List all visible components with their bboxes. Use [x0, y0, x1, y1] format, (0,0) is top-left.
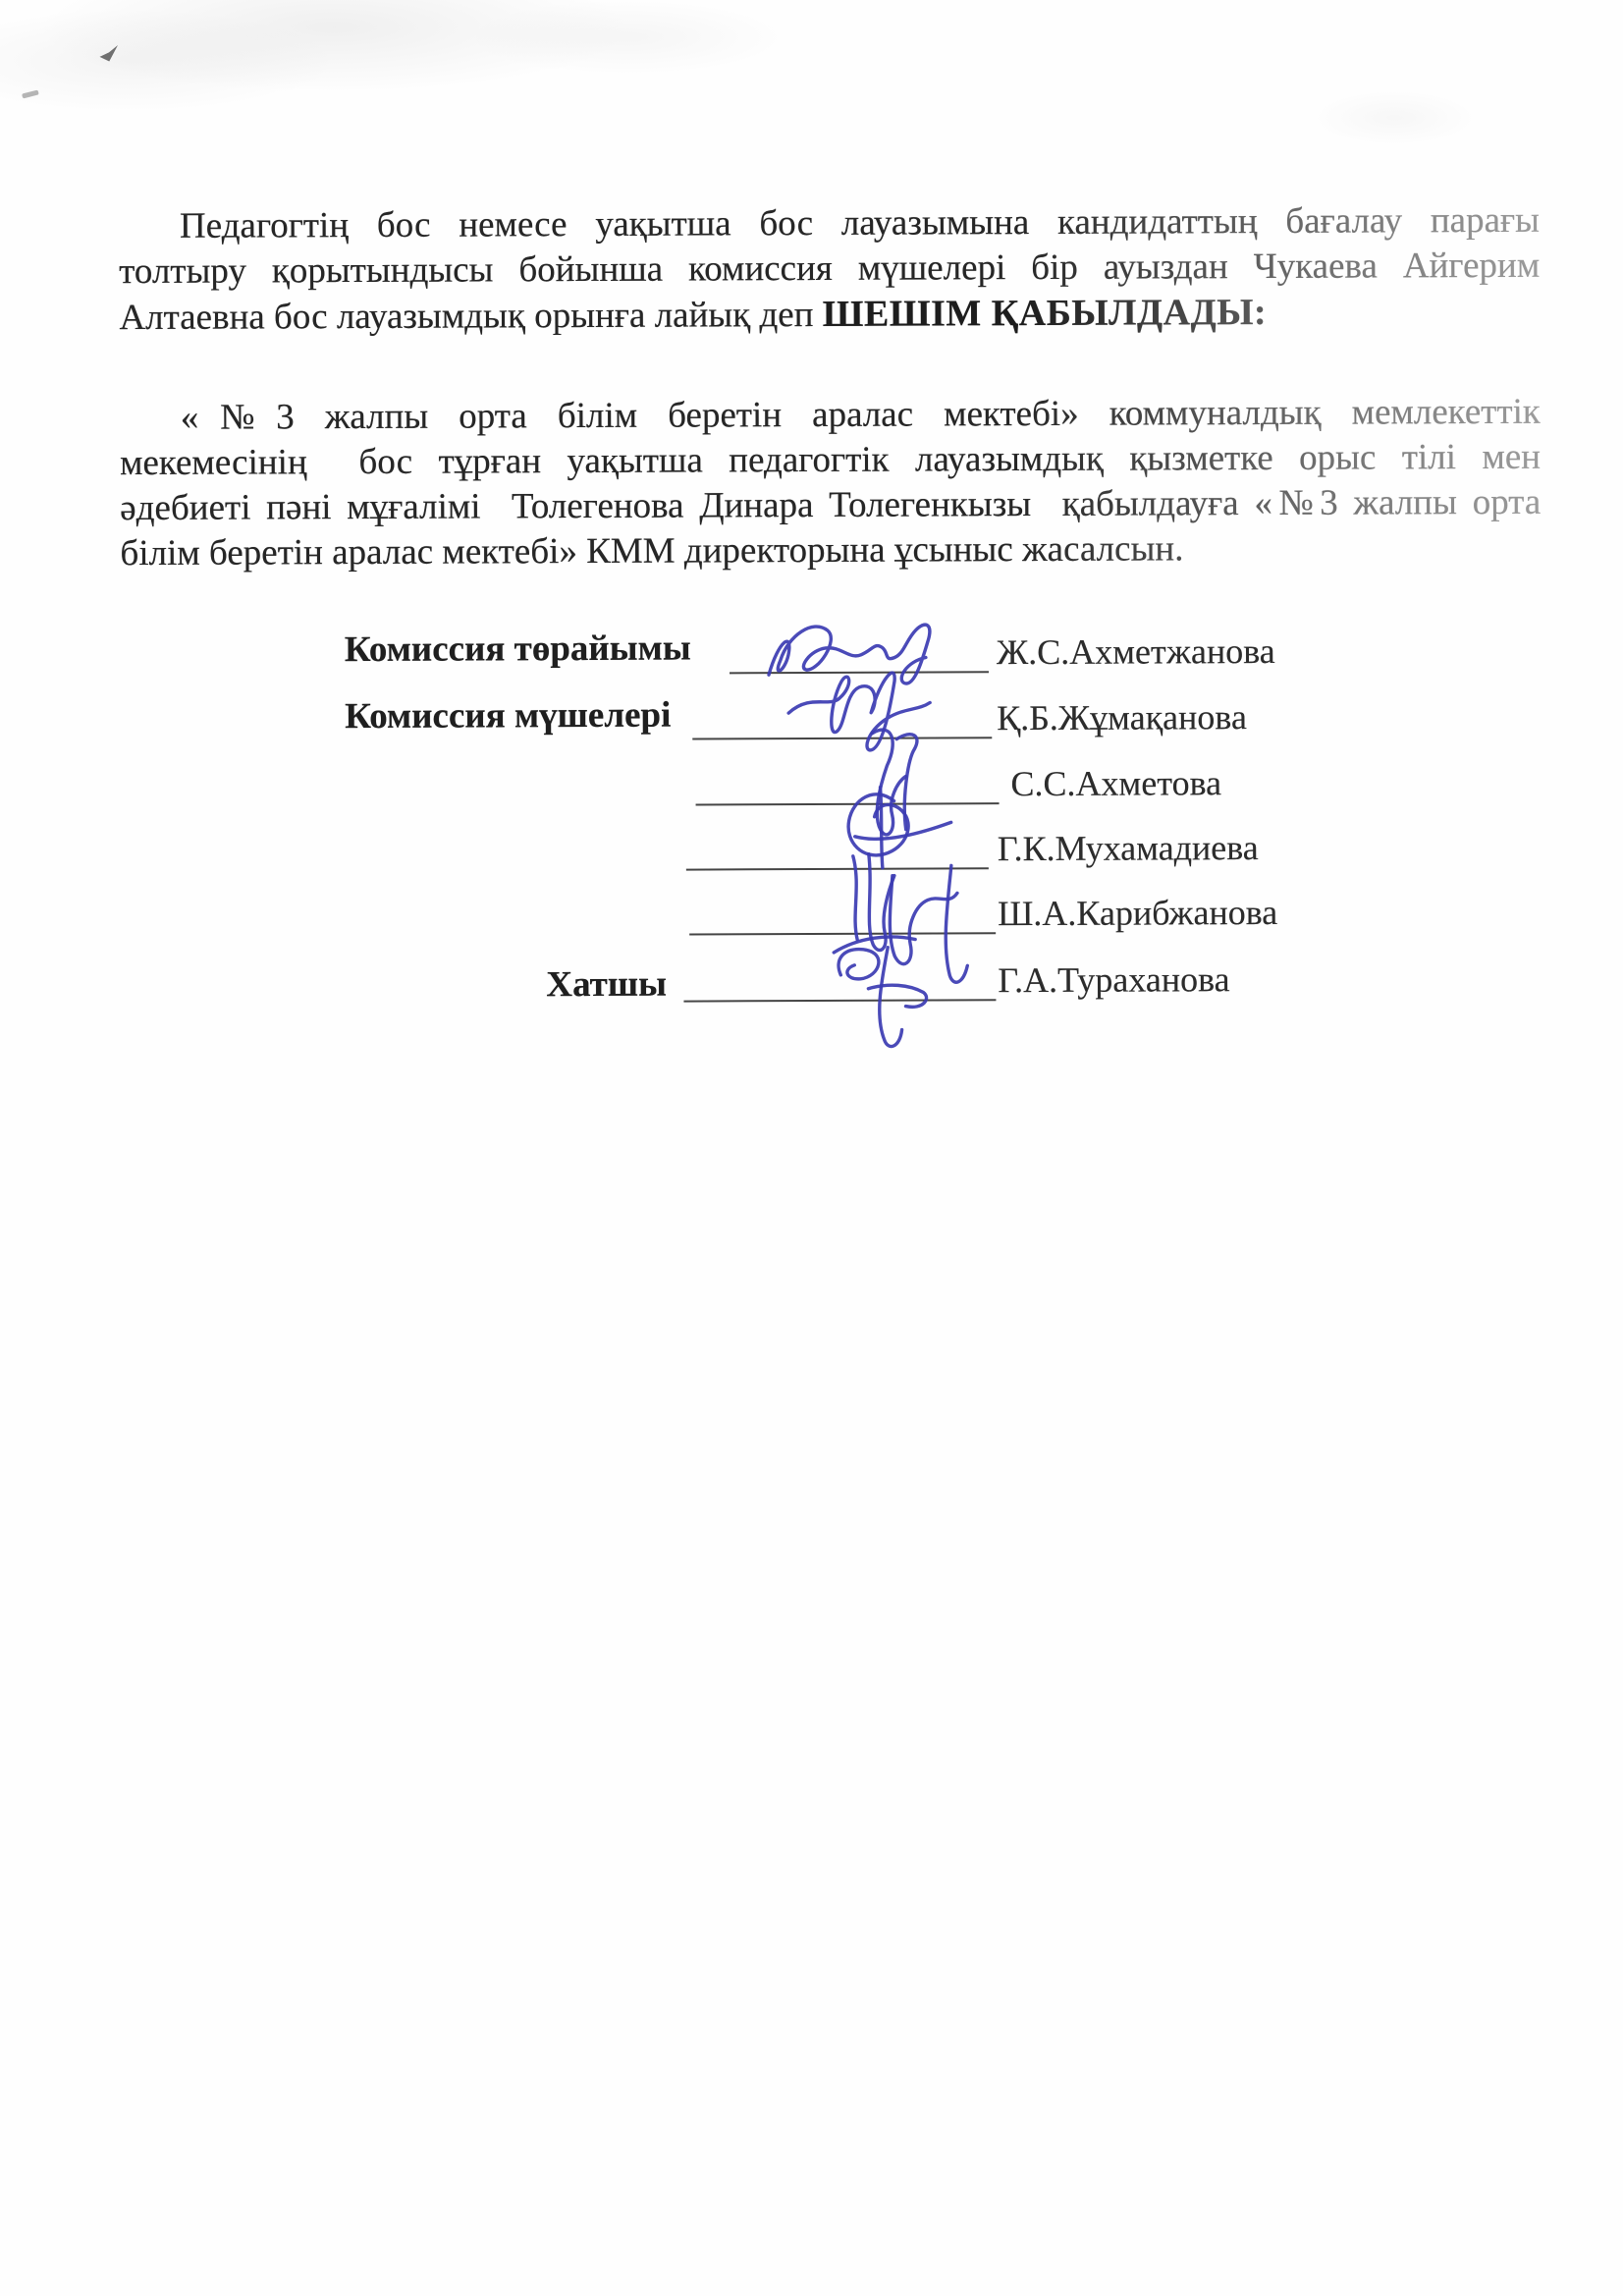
handwritten-signature [833, 781, 965, 875]
paragraph-line: Алтаевна бос лауазымдық орынға лайық деп… [119, 289, 1540, 340]
decision-paragraph: Педагогтің бос немесе уақытша бос лауазы… [119, 198, 1541, 340]
handwritten-signature [842, 721, 951, 847]
signature-row-name: Қ.Б.Жұмақанова [997, 696, 1247, 738]
signature-rule [683, 999, 996, 1002]
scanned-document-page: Педагогтің бос немесе уақытша бос лауазы… [0, 0, 1623, 2296]
signature-rule [689, 932, 996, 935]
signature-block: Комиссия төрайымы Ж.С.Ахметжанова Комисс… [0, 0, 1623, 4]
signature-rule [686, 867, 989, 870]
handwritten-signature [819, 917, 962, 1064]
signature-row-label: Комиссия төрайымы [345, 628, 691, 672]
paragraph-line: білім беретін аралас мектебі» КММ директ… [120, 525, 1541, 576]
paragraph-text: Алтаевна бос лауазымдық орынға лайық деп [119, 295, 823, 338]
handwritten-signature [759, 600, 965, 691]
paragraph-line: толтыру қорытындысы бойынша комиссия мүш… [119, 244, 1540, 295]
signature-rule [692, 737, 992, 739]
signature-row-name: Ж.С.Ахметжанова [997, 630, 1275, 673]
recommendation-paragraph: «№3 жалпы орта білім беретін аралас мект… [120, 390, 1542, 576]
paragraph-line: «№3 жалпы орта білім беретін аралас мект… [120, 390, 1541, 441]
paragraph-line: әдебиеті пәні мұғалімі Толегенова Динара… [120, 480, 1541, 531]
signature-row-name: Ш.А.Карибжанова [998, 892, 1277, 934]
paragraph-line: мекемесінің бос тұрған уақытша педагогті… [120, 435, 1541, 486]
signature-row-name: Г.К.Мухамадиева [998, 827, 1259, 869]
scan-artifact-mark [98, 44, 124, 64]
document-content: Педагогтің бос немесе уақытша бос лауазы… [0, 0, 1623, 2296]
signature-rule [730, 671, 989, 674]
signature-row-name: С.С.Ахметова [1010, 762, 1221, 804]
signature-row-label: Комиссия мүшелері [345, 694, 671, 738]
signature-row-label: Хатшы [546, 963, 667, 1007]
handwritten-signature [781, 653, 957, 756]
scan-artifact-mark [22, 89, 39, 98]
paragraph-line: Педагогтің бос немесе уақытша бос лауазы… [119, 198, 1540, 249]
signature-rule [696, 802, 1000, 805]
signature-row-name: Г.А.Тураханова [998, 958, 1229, 1001]
decision-phrase: ШЕШІМ ҚАБЫЛДАДЫ: [823, 292, 1268, 335]
